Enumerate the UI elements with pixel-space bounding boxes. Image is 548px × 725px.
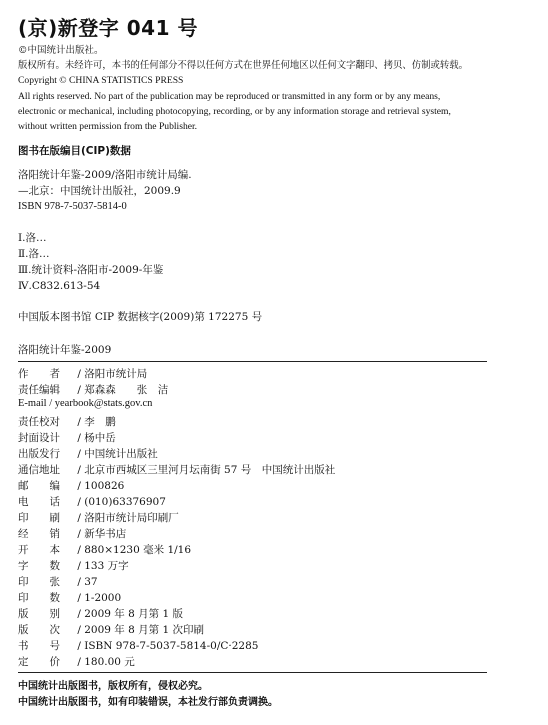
cip-line: —北京：中国统计出版社，2009.9 [18, 183, 181, 199]
cip-line: 洛阳统计年鉴-2009/洛阳市统计局编. [18, 167, 192, 183]
detail-label: 版 别 [18, 606, 74, 621]
detail-value: 新华书店 [84, 528, 126, 540]
cip-title: 图书在版编目(CIP)数据 [18, 143, 131, 158]
footer-line: 中国统计出版图书，版权所有，侵权必究。 [18, 677, 208, 692]
detail-value: 洛阳市统计局印刷厂 [84, 512, 179, 524]
detail-label: 版 次 [18, 622, 74, 637]
detail-label: E-mail [18, 398, 47, 409]
detail-row: 定 价 / 180.00 元 [18, 654, 135, 670]
detail-label: 经 销 [18, 526, 74, 541]
cip-classification: Ⅳ.C832.613-54 [18, 278, 100, 294]
detail-row: 开 本 / 880×1230 毫米 1/16 [18, 542, 191, 558]
detail-row: 经 销 / 新华书店 [18, 526, 126, 542]
top-divider [18, 361, 487, 362]
detail-value: 2009 年 8 月第 1 版 [84, 608, 183, 620]
detail-row: 版 别 / 2009 年 8 月第 1 版 [18, 606, 183, 622]
detail-label: 责任编辑 [18, 382, 74, 397]
detail-row: 作 者 / 洛阳市统计局 [18, 366, 147, 382]
copyright-en: Copyright © CHINA STATISTICS PRESS [18, 73, 183, 89]
detail-row: 印 张 / 37 [18, 574, 98, 590]
detail-value: 880×1230 毫米 1/16 [84, 544, 191, 556]
detail-label: 电 话 [18, 494, 74, 509]
cip-classification: Ⅰ.洛… [18, 230, 47, 246]
detail-row: 责任编辑 / 郑森森 张 洁 [18, 382, 168, 398]
detail-value: 杨中岳 [84, 432, 116, 444]
detail-row: 书 号 / ISBN 978-7-5037-5814-0/C·2285 [18, 638, 258, 654]
detail-label: 作 者 [18, 366, 74, 381]
detail-label: 字 数 [18, 558, 74, 573]
detail-label: 邮 编 [18, 478, 74, 493]
cip-classification: Ⅱ.洛… [18, 246, 49, 262]
bottom-divider [18, 672, 487, 673]
email-value: yearbook@stats.gov.cn [55, 398, 153, 409]
detail-value: (010)63376907 [84, 496, 166, 508]
detail-label: 出版发行 [18, 446, 74, 461]
detail-row: 邮 编 / 100826 [18, 478, 124, 494]
detail-label: 印 刷 [18, 510, 74, 525]
detail-row: 通信地址 / 北京市西城区三里河月坛南街 57 号 中国统计出版社 [18, 462, 335, 478]
detail-row: 字 数 / 133 万字 [18, 558, 129, 574]
cip-library-record: 中国版本图书馆 CIP 数据核字(2009)第 172275 号 [18, 309, 262, 325]
detail-row: 封面设计 / 杨中岳 [18, 430, 116, 446]
detail-value: 中国统计出版社 [84, 448, 158, 460]
detail-label: 通信地址 [18, 462, 74, 477]
detail-label: 书 号 [18, 638, 74, 653]
detail-label: 定 价 [18, 654, 74, 669]
rights-en-line: All rights reserved. No part of the publ… [18, 89, 440, 105]
detail-value: 1-2000 [84, 592, 121, 604]
book-title: 洛阳统计年鉴-2009 [18, 342, 111, 358]
detail-value: 100826 [84, 480, 124, 492]
copyright-cn: ©中国统计出版社。 [18, 43, 104, 59]
cip-isbn: ISBN 978-7-5037-5814-0 [18, 199, 127, 215]
detail-value: 180.00 元 [84, 656, 135, 668]
detail-row: 印 刷 / 洛阳市统计局印刷厂 [18, 510, 179, 526]
detail-row: 电 话 / (010)63376907 [18, 494, 166, 510]
detail-row: E-mail / yearbook@stats.gov.cn [18, 398, 152, 414]
rights-en-line: without written permission from the Publ… [18, 119, 197, 135]
detail-row: 版 次 / 2009 年 8 月第 1 次印刷 [18, 622, 204, 638]
detail-value: ISBN 978-7-5037-5814-0/C·2285 [84, 640, 258, 652]
detail-row: 印 数 / 1-2000 [18, 590, 121, 606]
detail-row: 出版发行 / 中国统计出版社 [18, 446, 158, 462]
registration-number: (京)新登字 041 号 [18, 12, 198, 41]
detail-label: 封面设计 [18, 430, 74, 445]
detail-value: 洛阳市统计局 [84, 368, 147, 380]
cip-classification: Ⅲ.统计资料-洛阳市-2009-年鉴 [18, 262, 163, 278]
detail-value: 2009 年 8 月第 1 次印刷 [84, 624, 204, 636]
rights-cn: 版权所有。未经许可，本书的任何部分不得以任何方式在世界任何地区以任何文字翻印、拷… [18, 58, 468, 74]
footer-line: 中国统计出版图书，如有印装错误，本社发行部负责调换。 [18, 693, 278, 708]
rights-en-line: electronic or mechanical, including phot… [18, 104, 451, 120]
detail-label: 印 张 [18, 574, 74, 589]
detail-value: 37 [84, 576, 97, 588]
detail-label: 印 数 [18, 590, 74, 605]
detail-label: 责任校对 [18, 414, 74, 429]
detail-value: 郑森森 张 洁 [84, 384, 168, 396]
detail-value: 北京市西城区三里河月坛南街 57 号 中国统计出版社 [84, 464, 335, 476]
detail-label: 开 本 [18, 542, 74, 557]
detail-value: 133 万字 [84, 560, 128, 572]
detail-value: 李 鹏 [84, 416, 116, 428]
detail-row: 责任校对 / 李 鹏 [18, 414, 116, 430]
